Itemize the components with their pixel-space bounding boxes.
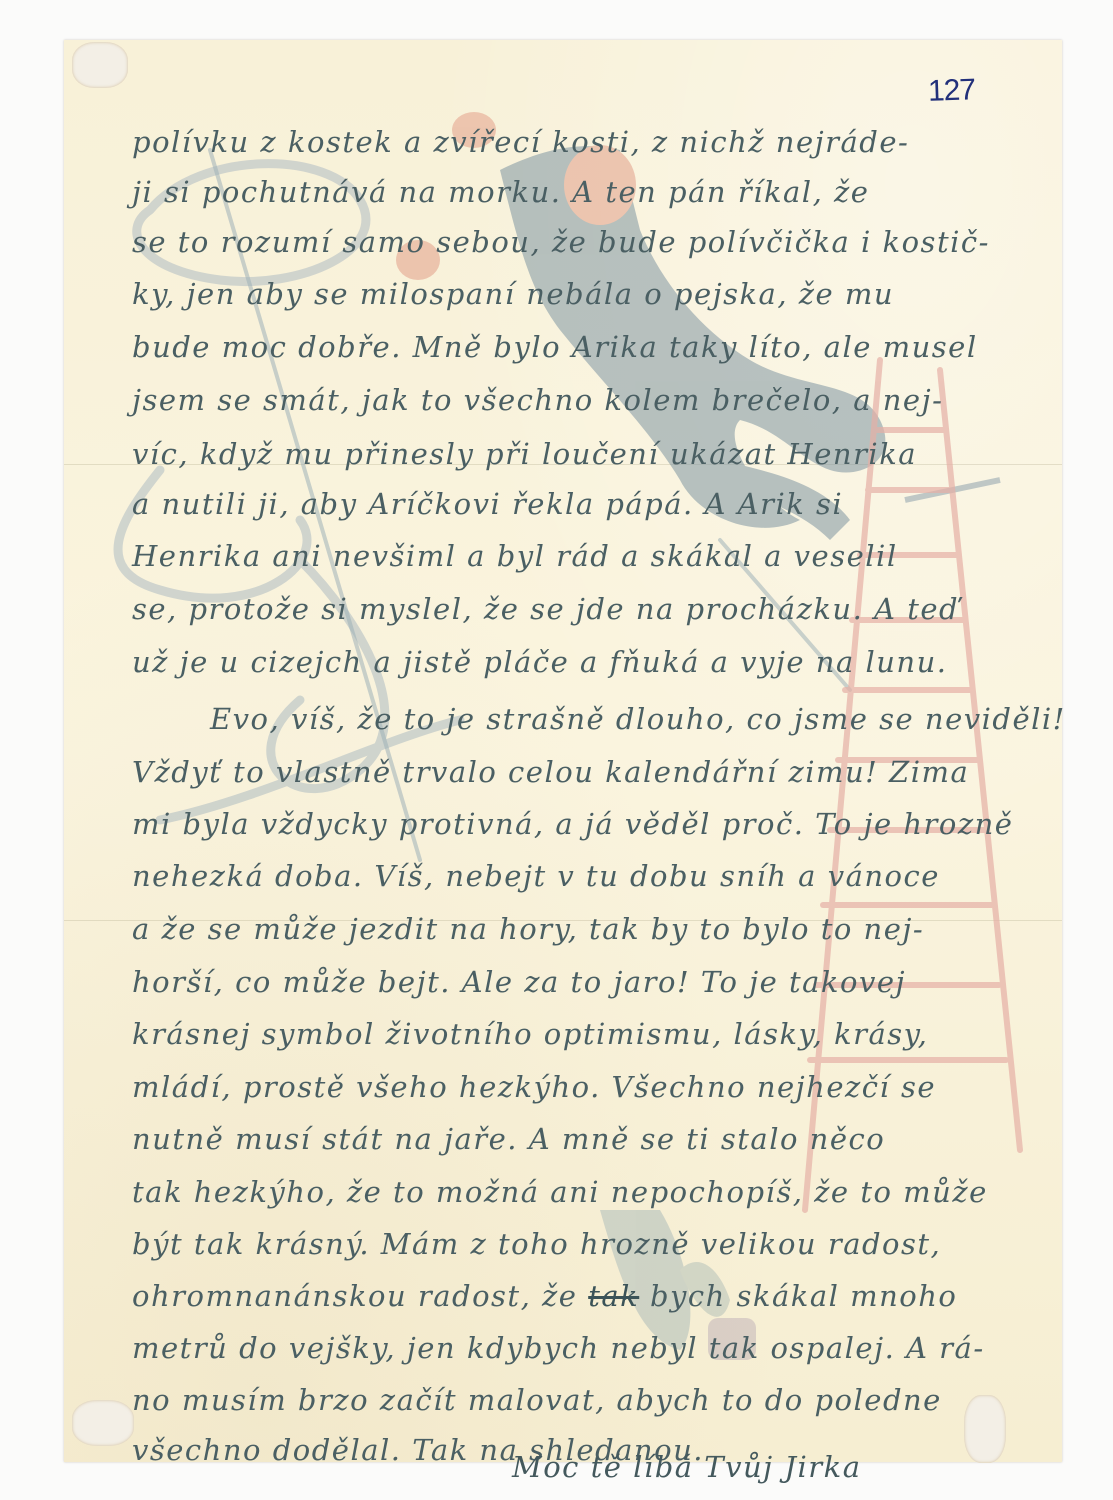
text-line: polívku z kostek a zvířecí kosti, z nich…: [132, 128, 909, 157]
text-line: ji si pochutnává na morku. A ten pán řík…: [132, 178, 869, 207]
text-line: horší, co může bejt. Ale za to jaro! To …: [132, 968, 906, 997]
text-line: být tak krásný. Mám z toho hrozně veliko…: [132, 1230, 941, 1259]
text-line: Henrika ani nevšiml a byl rád a skákal a…: [132, 542, 898, 571]
text-line: Vždyť to vlastně trvalo celou kalendářní…: [132, 758, 969, 787]
text-line: se to rozumí samo sebou, že bude polívči…: [132, 228, 990, 257]
text-line: no musím brzo začít malovat, abych to do…: [132, 1386, 942, 1415]
text-line: nutně musí stát na jaře. A mně se ti sta…: [132, 1125, 885, 1154]
text-line: víc, když mu přinesly při loučení ukázat…: [132, 440, 917, 469]
text-line: ohromnanánskou radost, že tak bych skáka…: [132, 1282, 957, 1311]
text-line: nehezká doba. Víš, nebejt v tu dobu sníh…: [132, 862, 940, 891]
text-line: a nutili ji, aby Aríčkovi řekla pápá. A …: [132, 490, 843, 519]
text-line: metrů do vejšky, jen kdybych nebyl tak o…: [132, 1334, 985, 1363]
signature: Moc tě líbá Tvůj Jirka: [512, 1450, 862, 1484]
text-line: mi byla vždycky protivná, a já věděl pro…: [132, 810, 1013, 839]
folio-number: 127: [927, 73, 975, 109]
line-part: ohromnanánskou radost, že: [132, 1279, 577, 1313]
text-line: a že se může jezdit na hory, tak by to b…: [132, 915, 924, 944]
text-line: tak hezkýho, že to možná ani nepochopíš,…: [132, 1178, 988, 1207]
text-line: jsem se smát, jak to všechno kolem breče…: [132, 386, 943, 415]
torn-corner: [964, 1395, 1006, 1463]
line-part: bych skákal mnoho: [650, 1279, 957, 1313]
torn-corner: [72, 42, 128, 88]
text-line: ky, jen aby se milospaní nebála o pejska…: [132, 280, 894, 309]
text-line: se, protože si myslel, že se jde na proc…: [132, 595, 959, 624]
text-line: už je u cizejch a jistě pláče a fňuká a …: [132, 648, 948, 677]
text-line: bude moc dobře. Mně bylo Arika taky líto…: [132, 333, 978, 362]
text-line: mládí, prostě všeho hezkýho. Všechno nej…: [132, 1073, 936, 1102]
struck-out-word: tak: [588, 1279, 639, 1313]
text-line: krásnej symbol životního optimismu, lásk…: [132, 1020, 928, 1049]
torn-corner: [72, 1400, 134, 1446]
paragraph-start-line: Evo, víš, že to je strašně dlouho, co js…: [210, 705, 1066, 734]
